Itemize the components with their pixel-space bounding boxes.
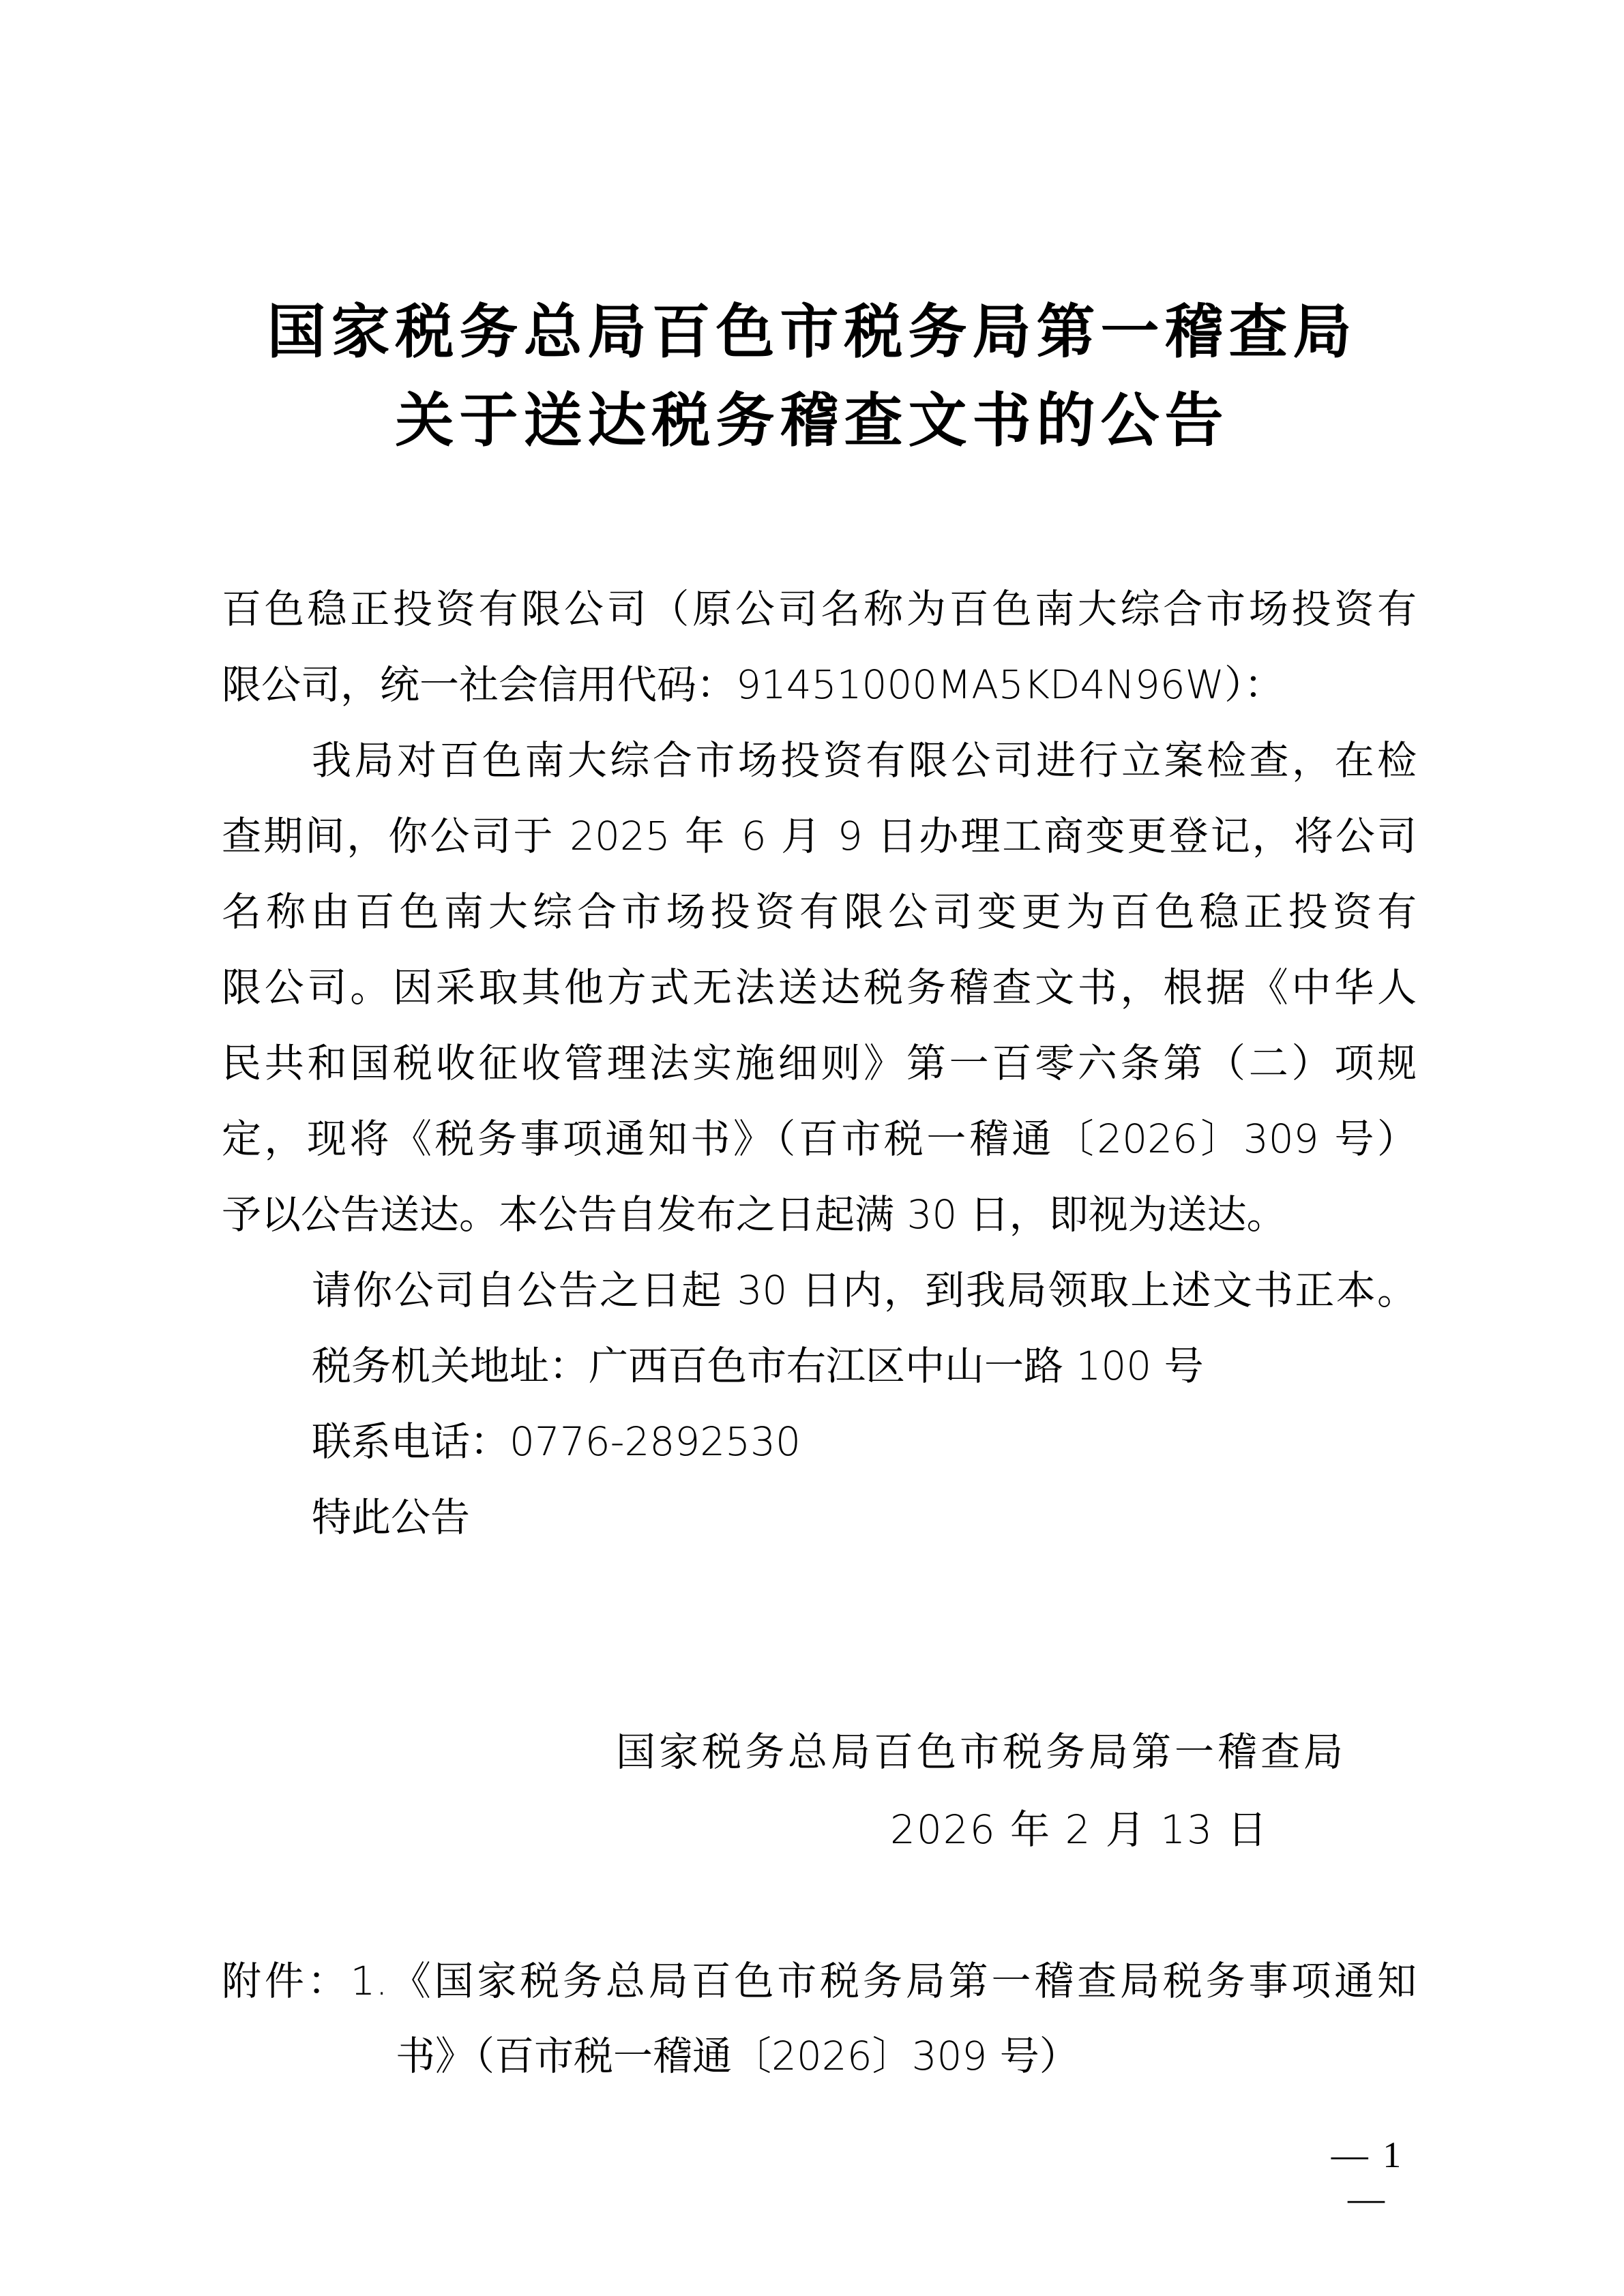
body-paragraph-1-line-5: 民共和国税收征收管理法实施细则》第一百零六条第（二）项规 bbox=[222, 1039, 1417, 1087]
body-paragraph-1-line-4: 限公司。因采取其他方式无法送达税务稽查文书，根据《中华人 bbox=[222, 964, 1417, 1011]
issuer-signature: 国家税务总局百色市税务局第一稽查局 bbox=[616, 1728, 1346, 1776]
body-paragraph-1-line-3: 名称由百色南大综合市场投资有限公司变更为百色稳正投资有 bbox=[222, 888, 1417, 936]
issue-date: 2026 年 2 月 13 日 bbox=[890, 1806, 1269, 1853]
closing-statement: 特此公告 bbox=[312, 1493, 1417, 1541]
body-paragraph-1-line-7: 予以公告送达。本公告自发布之日起满 30 日，即视为送达。 bbox=[222, 1191, 1417, 1238]
attachment-line-2: 书》（百市税一稽通〔2026〕309 号） bbox=[396, 2032, 1079, 2080]
addressee-line-2: 限公司，统一社会信用代码：91451000MA5KD4N96W）： bbox=[222, 661, 1417, 709]
document-title-line-2: 关于送达税务稽查文书的公告 bbox=[0, 387, 1624, 455]
tax-office-address: 税务机关地址：广西百色市右江区中山一路 100 号 bbox=[312, 1342, 1417, 1390]
body-paragraph-1-line-6: 定，现将《税务事项通知书》（百市税一稽通〔2026〕309 号） bbox=[222, 1115, 1417, 1163]
attachment-line-1: 附件：1.《国家税务总局百色市税务局第一稽查局税务事项通知 bbox=[222, 1957, 1417, 2005]
document-title-line-1: 国家税务总局百色市税务局第一稽查局 bbox=[0, 298, 1624, 366]
body-paragraph-2: 请你公司自公告之日起 30 日内，到我局领取上述文书正本。 bbox=[312, 1266, 1417, 1314]
document-page: 国家税务总局百色市税务局第一稽查局 关于送达税务稽查文书的公告 百色稳正投资有限… bbox=[0, 0, 1624, 2296]
body-paragraph-1-line-1: 我局对百色南大综合市场投资有限公司进行立案检查，在检 bbox=[312, 736, 1417, 784]
contact-phone: 联系电话：0776-2892530 bbox=[312, 1418, 1417, 1465]
page-number: — 1 — bbox=[1316, 2133, 1419, 2220]
addressee-line-1: 百色稳正投资有限公司（原公司名称为百色南大综合市场投资有 bbox=[222, 585, 1417, 633]
body-paragraph-1-line-2: 查期间，你公司于 2025 年 6 月 9 日办理工商变更登记，将公司 bbox=[222, 812, 1417, 860]
